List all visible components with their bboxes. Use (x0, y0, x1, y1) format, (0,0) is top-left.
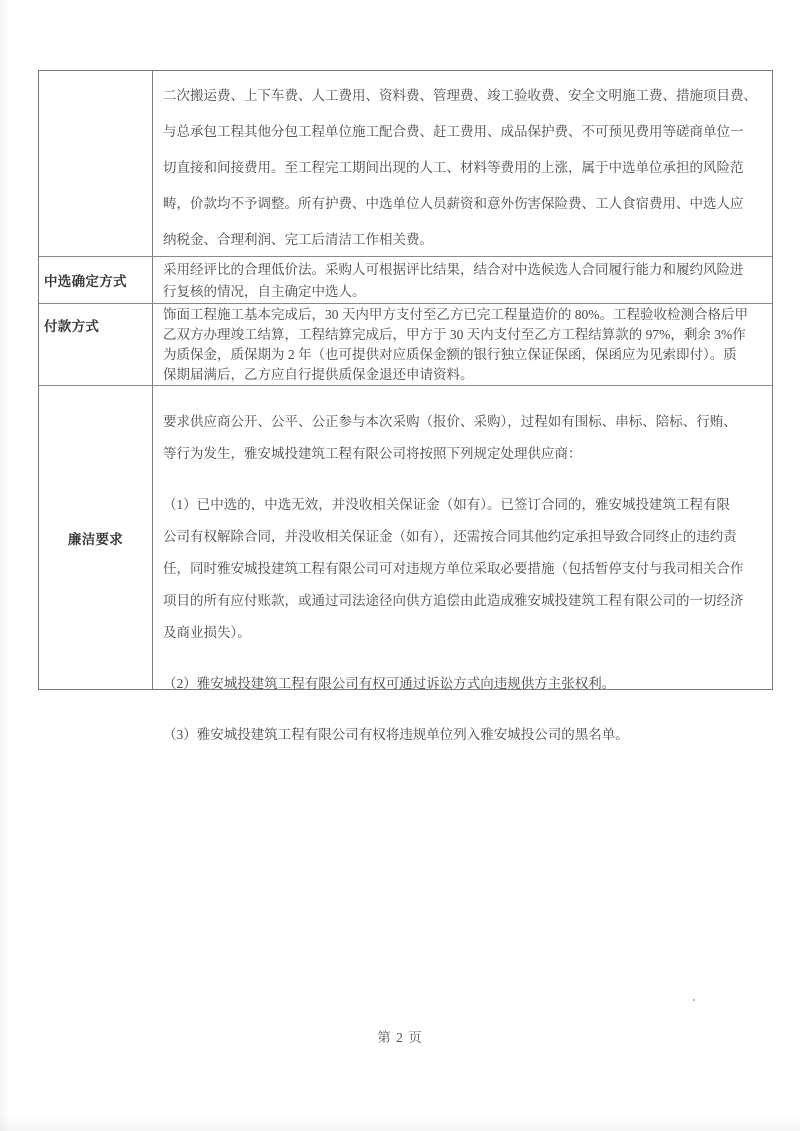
scan-speck (693, 999, 695, 1001)
row-label-payment-method: 付款方式 (39, 304, 153, 385)
row-content-fees: 二次搬运费、上下车费、人工费用、资料费、管理费、竣工验收费、安全文明施工费、措施… (153, 71, 772, 256)
row-content-integrity-requirements: 要求供应商公开、公平、公正参与本次采购（报价、采购），过程如有围标、串标、陪标、… (153, 386, 772, 689)
row-label-selection-method: 中选确定方式 (39, 257, 153, 303)
scanned-document-page: 二次搬运费、上下车费、人工费用、资料费、管理费、竣工验收费、安全文明施工费、措施… (0, 0, 800, 1131)
scan-shadow-bottom (0, 1115, 800, 1131)
integrity-paragraph-intro: 要求供应商公开、公平、公正参与本次采购（报价、采购），过程如有围标、串标、陪标、… (163, 406, 766, 470)
integrity-paragraph-item-1: （1）已中选的，中选无效，并没收相关保证金（如有）。已签订合同的，雅安城投建筑工… (163, 489, 766, 649)
integrity-paragraph-item-3: （3）雅安城投建筑工程有限公司有权将违规单位列入雅安城投公司的黑名单。 (163, 719, 766, 751)
page-number: 第 2 页 (0, 1026, 800, 1046)
table-row-integrity-requirements: 廉洁要求 要求供应商公开、公平、公正参与本次采购（报价、采购），过程如有围标、串… (39, 385, 772, 689)
row-label-integrity-requirements: 廉洁要求 (39, 386, 153, 689)
integrity-paragraph-item-2: （2）雅安城投建筑工程有限公司有权可通过诉讼方式向违规供方主张权利。 (163, 668, 766, 700)
row-content-payment-method: 饰面工程施工基本完成后，30 天内甲方支付至乙方已完工程量造价的 80%。工程验… (153, 304, 772, 385)
procurement-terms-table: 二次搬运费、上下车费、人工费用、资料费、管理费、竣工验收费、安全文明施工费、措施… (38, 70, 773, 690)
table-row-payment-method: 付款方式 饰面工程施工基本完成后，30 天内甲方支付至乙方已完工程量造价的 80… (39, 303, 772, 385)
row-content-selection-method: 采用经评比的合理低价法。采购人可根据评比结果，结合对中选候选人合同履行能力和履约… (153, 257, 772, 303)
table-row-fees-continuation: 二次搬运费、上下车费、人工费用、资料费、管理费、竣工验收费、安全文明施工费、措施… (39, 71, 772, 256)
table-row-selection-method: 中选确定方式 采用经评比的合理低价法。采购人可根据评比结果，结合对中选候选人合同… (39, 256, 772, 303)
scan-shadow-left (0, 0, 10, 1131)
row-label-empty (39, 71, 153, 256)
